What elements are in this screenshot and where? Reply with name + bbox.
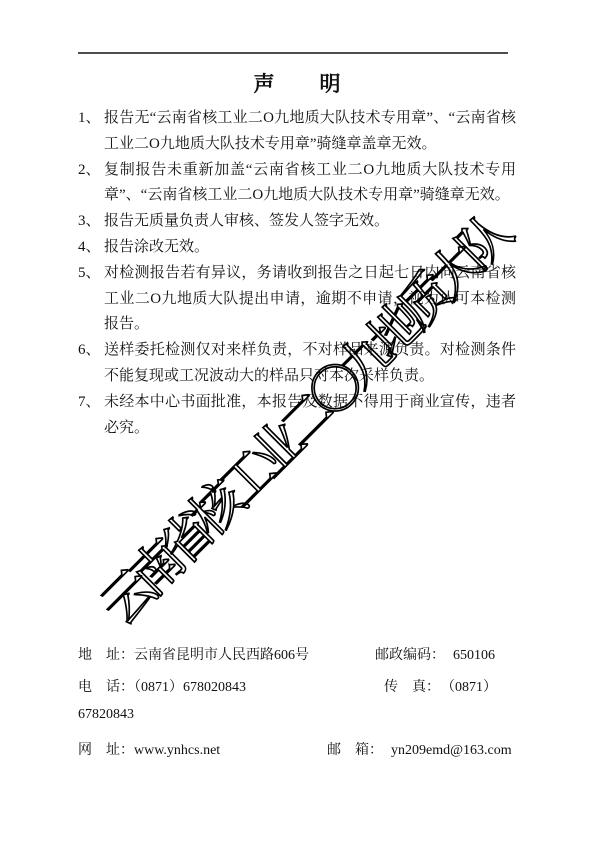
statement-item: 6、 送样委托检测仅对来样负责，不对样品来源负责。对检测条件不能复现或工况波动大… bbox=[78, 338, 516, 390]
statement-text: 报告涂改无效。 bbox=[104, 235, 516, 261]
statement-text: 复制报告未重新加盖“云南省核工业二O九地质大队技术专用章”、“云南省核工业二O九… bbox=[104, 158, 516, 210]
email-group: 邮 箱：yn209emd@163.com bbox=[327, 739, 512, 759]
statement-number: 5、 bbox=[78, 261, 104, 338]
fax-value: （0871） bbox=[448, 680, 497, 695]
statement-number: 4、 bbox=[78, 235, 104, 261]
email-label: 邮 箱： bbox=[327, 743, 383, 758]
address-value: 云南省昆明市人民西路606号 bbox=[134, 648, 309, 663]
statement-text: 报告无质量负责人审核、签发人签字无效。 bbox=[104, 209, 516, 235]
statement-text: 报告无“云南省核工业二O九地质大队技术专用章”、“云南省核工业二O九地质大队技术… bbox=[104, 106, 516, 158]
statement-number: 2、 bbox=[78, 158, 104, 210]
postcode-label: 邮政编码： bbox=[375, 648, 445, 663]
email-value: yn209emd@163.com bbox=[391, 743, 512, 758]
contact-row-address: 地 址：云南省昆明市人民西路606号 邮政编码：650106 bbox=[78, 644, 518, 676]
statement-item: 4、 报告涂改无效。 bbox=[78, 235, 516, 261]
statement-list: 1、 报告无“云南省核工业二O九地质大队技术专用章”、“云南省核工业二O九地质大… bbox=[78, 106, 516, 441]
website-label: 网 址： bbox=[78, 743, 134, 758]
fax-number-continued: 67820843 bbox=[78, 707, 134, 722]
statement-item: 5、 对检测报告若有异议，务请收到报告之日起七日内向云南省核工业二O九地质大队提… bbox=[78, 261, 516, 338]
statement-number: 1、 bbox=[78, 106, 104, 158]
statement-number: 3、 bbox=[78, 209, 104, 235]
postcode-group: 邮政编码：650106 bbox=[375, 644, 495, 664]
contact-info: 地 址：云南省昆明市人民西路606号 邮政编码：650106 电 话：（0871… bbox=[78, 644, 518, 771]
page-title: 声 明 bbox=[0, 68, 595, 98]
statement-item: 1、 报告无“云南省核工业二O九地质大队技术专用章”、“云南省核工业二O九地质大… bbox=[78, 106, 516, 158]
address-label: 地 址： bbox=[78, 648, 134, 663]
phone-value: （0871）678020843 bbox=[134, 680, 246, 695]
contact-row-fax-continued: 67820843 bbox=[78, 707, 518, 739]
statement-item: 7、 未经本中心书面批准，本报告及数据不得用于商业宣传，违者必究。 bbox=[78, 390, 516, 442]
statement-number: 6、 bbox=[78, 338, 104, 390]
statement-text: 未经本中心书面批准，本报告及数据不得用于商业宣传，违者必究。 bbox=[104, 390, 516, 442]
fax-label: 传 真： bbox=[384, 680, 440, 695]
statement-text: 对检测报告若有异议，务请收到报告之日起七日内向云南省核工业二O九地质大队提出申请… bbox=[104, 261, 516, 338]
statement-item: 3、 报告无质量负责人审核、签发人签字无效。 bbox=[78, 209, 516, 235]
statement-text: 送样委托检测仅对来样负责，不对样品来源负责。对检测条件不能复现或工况波动大的样品… bbox=[104, 338, 516, 390]
contact-row-web-email: 网 址：www.ynhcs.net 邮 箱：yn209emd@163.com bbox=[78, 739, 518, 771]
contact-row-phone-fax: 电 话：（0871）678020843 传 真：（0871） bbox=[78, 676, 518, 708]
postcode-value: 650106 bbox=[453, 648, 495, 663]
statement-number: 7、 bbox=[78, 390, 104, 442]
statement-item: 2、 复制报告未重新加盖“云南省核工业二O九地质大队技术专用章”、“云南省核工业… bbox=[78, 158, 516, 210]
phone-label: 电 话： bbox=[78, 680, 134, 695]
document-page: 声 明 1、 报告无“云南省核工业二O九地质大队技术专用章”、“云南省核工业二O… bbox=[0, 0, 595, 841]
fax-group: 传 真：（0871） bbox=[384, 676, 497, 696]
website-value: www.ynhcs.net bbox=[134, 743, 220, 758]
header-divider bbox=[78, 52, 508, 54]
